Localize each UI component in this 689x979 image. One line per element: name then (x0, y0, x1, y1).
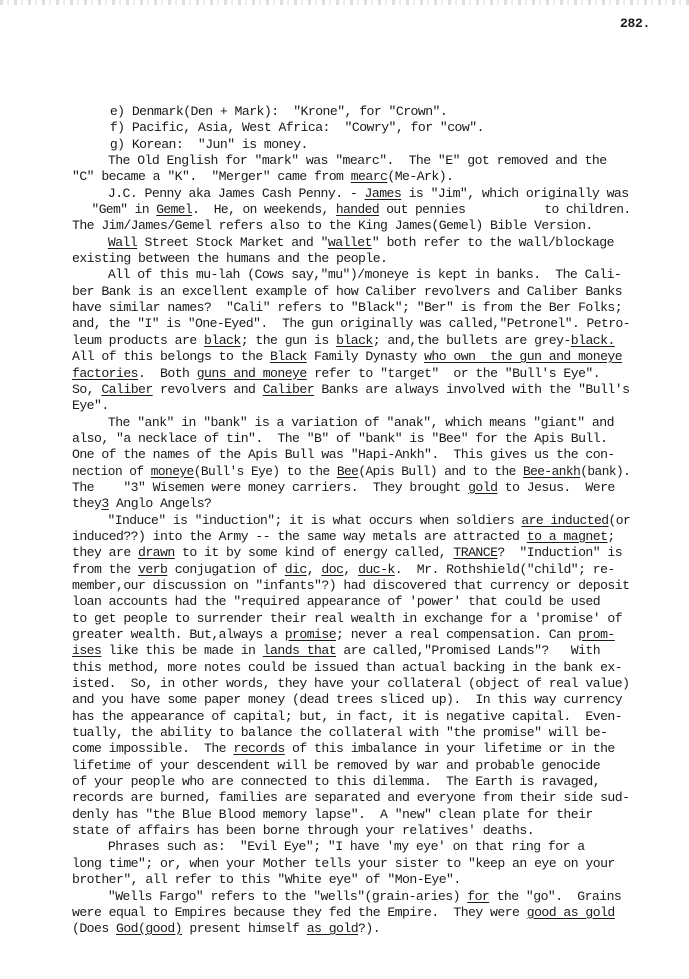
text-line: loan accounts had the "required appearan… (72, 594, 630, 610)
text-segment: and you have some paper money (dead tree… (72, 692, 622, 707)
text-line: The Jim/James/Gemel refers also to the K… (72, 218, 630, 234)
text-segment: , (307, 562, 322, 577)
text-line: from the verb conjugation of dic, doc, d… (72, 562, 630, 578)
text-segment: Family Dynasty (307, 349, 424, 364)
text-line: "Gem" in Gemel. He, on weekends, handed … (72, 202, 619, 218)
text-line: One of the names of the Apis Bull was "H… (72, 447, 630, 463)
underlined-text: doc (321, 562, 343, 577)
underlined-text: promise (285, 627, 336, 642)
text-line: All of this belongs to the Black Family … (72, 349, 630, 365)
scan-edge-noise (0, 0, 689, 5)
underlined-text: black. (571, 333, 615, 348)
text-segment: Anglo Angels? (109, 496, 212, 511)
text-segment: have similar names? "Cali" refers to "Bl… (72, 300, 622, 315)
underlined-text: James (365, 186, 402, 201)
underlined-text: good as gold (527, 905, 615, 920)
text-line: lifetime of your descendent will be remo… (72, 758, 630, 774)
text-line: The "3" Wisemen were money carriers. The… (72, 480, 630, 496)
text-segment: Banks are always involved with the "Bull… (314, 382, 629, 397)
underlined-text: black (204, 333, 241, 348)
text-segment: they (72, 496, 101, 511)
text-segment: ; the gun is (241, 333, 336, 348)
underlined-text: guns and moneye (197, 366, 307, 381)
text-segment: of this imbalance in your lifetime or in… (285, 741, 615, 756)
text-line: come impossible. The records of this imb… (72, 741, 630, 757)
text-line: this method, more notes could be issued … (72, 660, 630, 676)
text-segment: Phrases such as: "Evil Eye"; "I have 'my… (108, 839, 585, 854)
text-segment: So, (72, 382, 101, 397)
text-segment: All of this belongs to the (72, 349, 270, 364)
text-segment: records are burned, families are separat… (72, 790, 629, 805)
underlined-text: Bee-ankh (523, 464, 580, 479)
text-line: leum products are black; the gun is blac… (72, 333, 630, 349)
text-segment: were equal to Empires because they fed t… (72, 905, 527, 920)
text-line: state of affairs has been borne through … (72, 823, 630, 839)
text-segment: brother", all refer to this "White eye" … (72, 872, 461, 887)
text-segment: ; (607, 529, 614, 544)
text-line: "Wells Fargo" refers to the "wells"(grai… (72, 889, 630, 905)
text-segment: out pennies to children. (379, 202, 631, 217)
text-line: of your people who are connected to this… (72, 774, 630, 790)
text-segment: this method, more notes could be issued … (72, 660, 622, 675)
underlined-text: as gold (307, 921, 358, 936)
underlined-text: verb (138, 562, 167, 577)
text-segment: g) Korean: "Jun" is money. (110, 137, 308, 152)
text-segment: " both refer to the wall/blockage (372, 235, 614, 250)
text-segment: also, "a necklace of tin". The "B" of "b… (72, 431, 607, 446)
text-segment: The Jim/James/Gemel refers also to the K… (72, 218, 593, 233)
text-segment: refer to "target" or the "Bull's Eye". (307, 366, 600, 381)
text-segment: (Me-Ark). (387, 169, 453, 184)
text-line: "Induce" is "induction"; it is what occu… (72, 513, 624, 529)
text-segment: the "go". Grains (489, 889, 621, 904)
text-segment: "Induce" is "induction"; it is what occu… (107, 513, 521, 528)
text-line: "C" became a "K". "Merger" came from mea… (72, 169, 630, 185)
text-line: (Does God(good) present himself as gold?… (72, 921, 630, 937)
text-segment: . He, on weekends, (192, 202, 336, 217)
text-segment: One of the names of the Apis Bull was "H… (72, 447, 615, 462)
text-line: to get people to surrender their real we… (72, 611, 630, 627)
text-segment: (or (609, 513, 631, 528)
underlined-text: moneye (151, 464, 194, 479)
text-segment: ? "Induction" is (497, 545, 622, 560)
text-segment: (Bull's Eye) to the (194, 464, 337, 479)
text-segment: has the appearance of capital; but, in f… (72, 709, 622, 724)
text-segment: tually, the ability to balance the colla… (72, 725, 607, 740)
text-segment: from the (72, 562, 138, 577)
text-segment: f) Pacific, Asia, West Africa: "Cowry", … (110, 120, 484, 135)
underlined-text: dic (285, 562, 307, 577)
text-line: All of this mu-lah (Cows say,"mu")/money… (72, 267, 630, 283)
text-line: induced??) into the Army -- the same way… (72, 529, 630, 545)
text-line: Eye". (72, 398, 630, 414)
text-segment: nection of (72, 464, 151, 479)
text-segment: they are (72, 545, 138, 560)
underlined-text: Caliber (101, 382, 152, 397)
text-segment: (bank). (580, 464, 630, 479)
text-line: Phrases such as: "Evil Eye"; "I have 'my… (72, 839, 630, 855)
text-segment: long time"; or, when your Mother tells y… (72, 856, 615, 871)
text-segment: , (343, 562, 358, 577)
text-line: ises like this be made in lands that are… (72, 643, 630, 659)
text-segment: ber Bank is an excellent example of how … (72, 284, 622, 299)
text-segment: and, the "I" is "One-Eyed". The gun orig… (72, 316, 630, 331)
text-segment: (Does (72, 921, 116, 936)
underlined-text: Black (270, 349, 307, 364)
text-line: brother", all refer to this "White eye" … (72, 872, 630, 888)
text-segment: state of affairs has been borne through … (72, 823, 534, 838)
text-segment: member,our discussion on "infants"?) had… (72, 578, 629, 593)
text-line: Wall Street Stock Market and "wallet" bo… (72, 235, 630, 251)
text-segment: induced??) into the Army -- the same way… (72, 529, 527, 544)
text-segment: e) Denmark(Den + Mark): "Krone", for "Cr… (110, 104, 447, 119)
underlined-text: mearc (351, 169, 388, 184)
underlined-text: God(good) (116, 921, 182, 936)
underlined-text: are inducted (521, 513, 608, 528)
underlined-text: wallet (328, 235, 372, 250)
text-segment: Eye". (72, 398, 109, 413)
text-line: tually, the ability to balance the colla… (72, 725, 630, 741)
text-segment: loan accounts had the "required appearan… (72, 594, 600, 609)
text-segment: (Apis Bull) and to the (358, 464, 523, 479)
text-segment: ?). (358, 921, 380, 936)
text-line: g) Korean: "Jun" is money. (72, 137, 630, 153)
text-line: So, Caliber revolvers and Caliber Banks … (72, 382, 630, 398)
underlined-text: Bee (337, 464, 358, 479)
text-segment: are called,"Promised Lands"? With (336, 643, 600, 658)
text-segment: greater wealth. But,always a (72, 627, 285, 642)
underlined-text: black (336, 333, 373, 348)
text-line: have similar names? "Cali" refers to "Bl… (72, 300, 630, 316)
text-line: long time"; or, when your Mother tells y… (72, 856, 630, 872)
text-line: f) Pacific, Asia, West Africa: "Cowry", … (72, 120, 630, 136)
text-segment: ; never a real compensation. Can (336, 627, 578, 642)
text-segment: revolvers and (153, 382, 263, 397)
text-line: has the appearance of capital; but, in f… (72, 709, 630, 725)
text-segment: existing between the humans and the peop… (72, 251, 387, 266)
underlined-text: drawn (138, 545, 175, 560)
text-line: ber Bank is an excellent example of how … (72, 284, 630, 300)
text-segment: to it by some kind of energy called, (175, 545, 454, 560)
underlined-text: to a magnet (527, 529, 608, 544)
text-segment: isted. So, in other words, they have you… (72, 676, 629, 691)
page-number: 282. (620, 16, 650, 31)
text-segment: is "Jim", which originally was (401, 186, 628, 201)
underlined-text: Gemel (156, 202, 192, 217)
text-line: were equal to Empires because they fed t… (72, 905, 630, 921)
underlined-text: Caliber (263, 382, 314, 397)
text-segment: "Wells Fargo" refers to the "wells"(grai… (108, 889, 467, 904)
text-line: nection of moneye(Bull's Eye) to the Bee… (72, 464, 616, 480)
text-line: e) Denmark(Den + Mark): "Krone", for "Cr… (72, 104, 630, 120)
text-segment: come impossible. The (72, 741, 233, 756)
text-segment: conjugation of (167, 562, 284, 577)
underlined-text: TRANCE (453, 545, 497, 560)
text-line: The Old English for "mark" was "mearc". … (72, 153, 630, 169)
text-line: also, "a necklace of tin". The "B" of "b… (72, 431, 630, 447)
text-segment: The Old English for "mark" was "mearc". … (108, 153, 607, 168)
text-line: records are burned, families are separat… (72, 790, 630, 806)
underlined-text: factories (72, 366, 138, 381)
text-line: J.C. Penny aka James Cash Penny. - James… (72, 186, 630, 202)
text-line: member,our discussion on "infants"?) had… (72, 578, 630, 594)
text-line: isted. So, in other words, they have you… (72, 676, 630, 692)
text-segment: Street Stock Market and " (137, 235, 328, 250)
underlined-text: Wall (108, 235, 137, 250)
underlined-text: 3 (101, 496, 108, 511)
underlined-text: duc-k (358, 562, 395, 577)
text-line: denly has "the Blue Blood memory lapse".… (72, 807, 630, 823)
text-segment: to get people to surrender their real we… (72, 611, 622, 626)
text-line: and you have some paper money (dead tree… (72, 692, 630, 708)
underlined-text: gold (468, 480, 497, 495)
underlined-text: prom- (578, 627, 615, 642)
text-line: they3 Anglo Angels? (72, 496, 630, 512)
text-segment: "C" became a "K". "Merger" came from (72, 169, 351, 184)
text-line: factories. Both guns and moneye refer to… (72, 366, 630, 382)
text-segment: All of this mu-lah (Cows say,"mu")/money… (108, 267, 621, 282)
text-line: The "ank" in "bank" is a variation of "a… (72, 415, 630, 431)
text-segment: lifetime of your descendent will be remo… (72, 758, 600, 773)
text-segment: The "3" Wisemen were money carriers. The… (72, 480, 468, 495)
text-segment: denly has "the Blue Blood memory lapse".… (72, 807, 593, 822)
text-line: existing between the humans and the peop… (72, 251, 630, 267)
text-segment: . Mr. Rothshield("child"; re- (395, 562, 615, 577)
text-segment: J.C. Penny aka James Cash Penny. - (108, 186, 365, 201)
underlined-text: ises (72, 643, 101, 658)
text-segment: The "ank" in "bank" is a variation of "a… (108, 415, 614, 430)
text-segment: "Gem" in (92, 202, 157, 217)
document-body: e) Denmark(Den + Mark): "Krone", for "Cr… (72, 104, 632, 938)
text-segment: to Jesus. Were (497, 480, 614, 495)
text-segment: ; and,the bullets are grey- (373, 333, 571, 348)
text-line: and, the "I" is "One-Eyed". The gun orig… (72, 316, 623, 332)
text-segment: of your people who are connected to this… (72, 774, 600, 789)
underlined-text: records (233, 741, 284, 756)
text-segment: . Both (138, 366, 197, 381)
text-segment: like this be made in (101, 643, 262, 658)
text-line: greater wealth. But,always a promise; ne… (72, 627, 630, 643)
text-segment: leum products are (72, 333, 204, 348)
underlined-text: who own the gun and moneye (424, 349, 622, 364)
text-line: they are drawn to it by some kind of ene… (72, 545, 630, 561)
underlined-text: handed (336, 202, 379, 217)
text-segment: present himself (182, 921, 307, 936)
underlined-text: for (467, 889, 489, 904)
underlined-text: lands that (263, 643, 336, 658)
